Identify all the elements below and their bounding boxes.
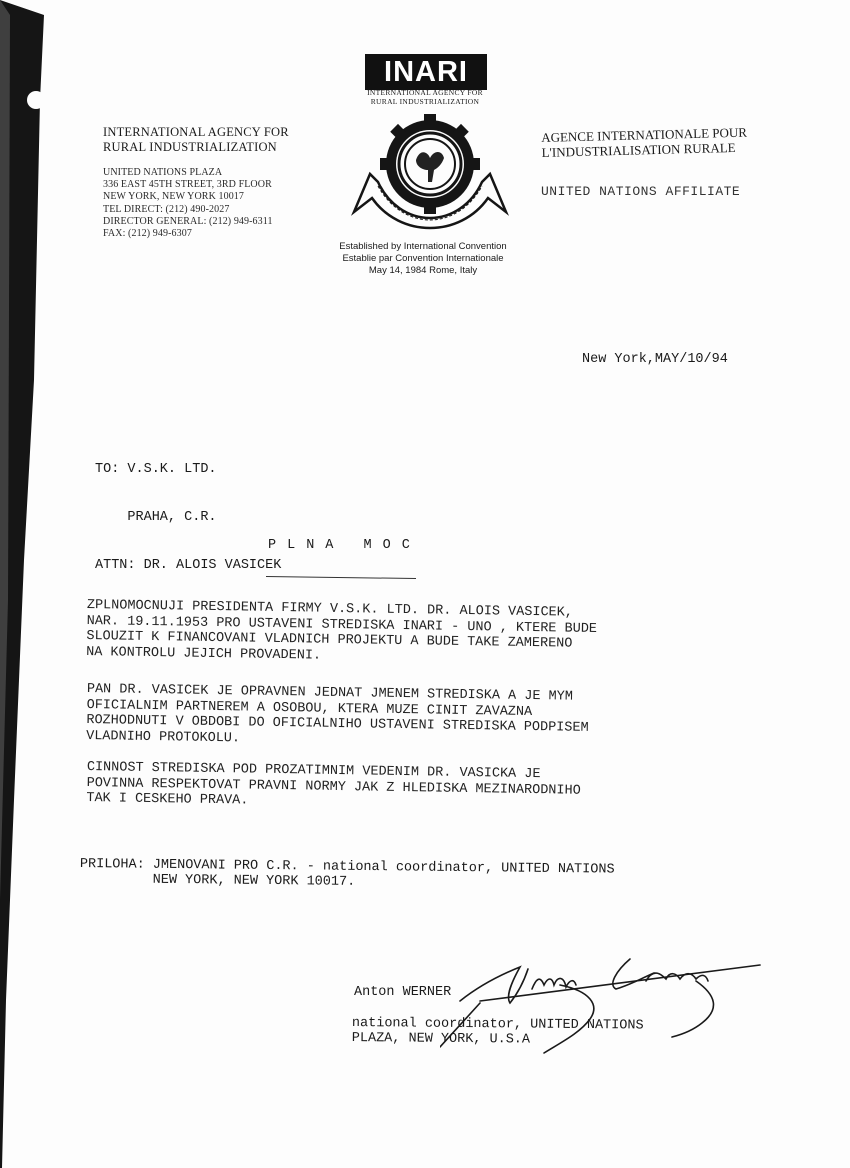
attachment-note: PRILOHA: JMENOVANI PRO C.R. - national c… [80,857,615,893]
established-date: May 14, 1984 Rome, Italy [318,265,528,277]
recipient-attn: ATTN: DR. ALOIS VASICEK [95,558,281,574]
inari-logo: INARI [365,54,487,90]
logo-text: INARI [384,57,468,87]
address-block: UNITED NATIONS PLAZA 336 EAST 45TH STREE… [103,167,333,240]
body-paragraph-1: ZPLNOMOCNUJI PRESIDENTA FIRMY V.S.K. LTD… [86,598,597,668]
recipient-block: TO: V.S.K. LTD. PRAHA, C.R. ATTN: DR. AL… [95,430,281,590]
body-paragraph-3: CINNOST STREDISKA POD PROZATIMNIM VEDENI… [86,760,581,814]
address-line: NEW YORK, NEW YORK 10017 [103,191,333,203]
fax-line: FAX: (212) 949-6307 [103,228,333,240]
established-note: Established by International Convention … [318,241,528,277]
logo-subtitle-line1: INTERNATIONAL AGENCY FOR [345,88,505,97]
org-name-fr: AGENCE INTERNATIONALE POUR L'INDUSTRIALI… [541,124,772,160]
letter-date: New York,MAY/10/94 [582,352,728,367]
body-paragraph-2: PAN DR. VASICEK JE OPRAVNEN JEDNAT JMENE… [86,682,589,752]
logo-subtitle: INTERNATIONAL AGENCY FOR RURAL INDUSTRIA… [345,88,505,106]
org-name-en: INTERNATIONAL AGENCY FOR RURAL INDUSTRIA… [103,125,333,155]
document-title: PLNA MOC [268,538,421,553]
recipient-line: TO: V.S.K. LTD. [95,462,281,478]
letterhead-right: AGENCE INTERNATIONALE POUR L'INDUSTRIALI… [541,130,771,199]
established-line-en: Established by International Convention [318,241,528,253]
established-line-fr: Establie par Convention Internationale [318,253,528,265]
scan-edge-shadow [0,0,48,1168]
org-name-line2: RURAL INDUSTRIALIZATION [103,140,333,155]
signer-name: Anton WERNER [354,985,451,1000]
letterhead-left: INTERNATIONAL AGENCY FOR RURAL INDUSTRIA… [103,125,333,240]
phone-line: TEL DIRECT: (212) 490-2027 [103,204,333,216]
gear-eagle-emblem-icon [348,112,512,230]
recipient-line: PRAHA, C.R. [95,510,281,526]
logo-subtitle-line2: RURAL INDUSTRIALIZATION [345,97,505,106]
un-affiliate-label: UNITED NATIONS AFFILIATE [541,184,771,199]
address-line: 336 EAST 45TH STREET, 3RD FLOOR [103,179,333,191]
signer-title: national coordinator, UNITED NATIONS PLA… [352,1016,644,1049]
title-underline [266,576,416,579]
address-line: UNITED NATIONS PLAZA [103,167,333,179]
org-name-line1: INTERNATIONAL AGENCY FOR [103,125,333,140]
phone-line: DIRECTOR GENERAL: (212) 949-6311 [103,216,333,228]
